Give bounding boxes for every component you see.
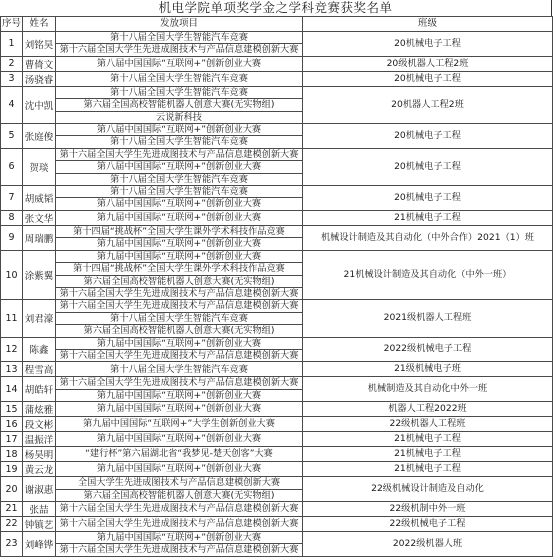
project-cell: 第九届中国国际“互联网+”创新创业大赛 xyxy=(56,389,303,401)
project-cell: 第十六届全国大学生先进成图技术与产品信息建模创新大赛 xyxy=(56,148,303,160)
seq-cell: 12 xyxy=(1,337,23,362)
project-cell: 第十八届全国大学生智能汽车竞赛 xyxy=(56,186,303,198)
table-body: 1刘铭昊第十八届全国大学生智能汽车竞赛20机械电子工程第十六届全国大学生先进成图… xyxy=(1,32,553,520)
project-cell: 第十六届全国大学生先进成图技术与产品信息建模创新大赛 xyxy=(56,377,303,389)
project-cell: 第九届中国国际“互联网+”大学生创新创业大赛 xyxy=(56,417,303,432)
project-cell: 第六届全国高校智能机器人创意大赛(无实物组) xyxy=(56,489,303,501)
seq-cell: 20 xyxy=(1,477,23,502)
class-cell: 20机器人工程2班 xyxy=(303,86,553,123)
seq-cell: 7 xyxy=(1,186,23,211)
table-row: 14胡皓轩第十六届全国大学生先进成图技术与产品信息建模创新大赛机械制造及其自动化… xyxy=(1,377,553,389)
award-table: 序号 姓名 发放项目 班级 1刘铭昊第十八届全国大学生智能汽车竞赛20机械电子工… xyxy=(0,16,553,519)
project-cell: 第八届中国国际“互联网+”创新创业大赛 xyxy=(56,124,303,136)
project-cell: 第十四届“挑战杯”全国大学生课外学术科技作品竞赛 xyxy=(56,263,303,275)
name-cell: 汤骁睿 xyxy=(23,71,56,86)
seq-cell: 4 xyxy=(1,86,23,123)
class-cell: 20级机器人工程2班 xyxy=(303,56,553,71)
project-cell: 第九届中国国际“互联网+”创新创业大赛 xyxy=(56,210,303,225)
project-cell: 第六届全国高校智能机器人创意大赛(无实物组) xyxy=(56,325,303,337)
table-row: 11刘君濠第十六届全国大学生先进成图技术与产品信息建模创新大赛2021级机器人工… xyxy=(1,300,553,312)
class-cell: 21机械电子工程 xyxy=(303,462,553,477)
name-cell: 沈中凯 xyxy=(23,86,56,123)
class-cell: 21机械设计制造及其自动化（中外一班） xyxy=(303,250,553,300)
class-cell: 20机械电子工程 xyxy=(303,148,553,185)
project-cell: 第八届中国国际“互联网+”创新创业大赛 xyxy=(56,56,303,71)
seq-cell: 17 xyxy=(1,432,23,447)
project-cell: 第十六届全国大学生先进成图技术与产品信息建模创新大赛 xyxy=(56,501,303,516)
project-cell: 第八届中国国际“互联网+”创新创业大赛 xyxy=(56,161,303,173)
name-cell: 张文华 xyxy=(23,210,56,225)
class-cell: 21级机械电子班 xyxy=(303,362,553,377)
header-project: 发放项目 xyxy=(56,17,303,32)
project-cell: 第十八届全国大学生智能汽车竞赛 xyxy=(56,136,303,148)
class-cell: 21机械电子工程 xyxy=(303,432,553,447)
seq-cell: 11 xyxy=(1,300,23,337)
header-name: 姓名 xyxy=(23,17,56,32)
class-cell: 20机械电子工程 xyxy=(303,186,553,211)
table-row: 17温振洋第九届中国国际“互联网+”创新创业大赛21机械电子工程 xyxy=(1,432,553,447)
seq-cell: 21 xyxy=(1,501,23,516)
table-row: 4沈中凯第十八届全国大学生智能汽车竞赛20机器人工程2班 xyxy=(1,86,553,98)
name-cell: 温振洋 xyxy=(23,432,56,447)
class-cell: 机械制造及其自动化中外一班 xyxy=(303,377,553,402)
seq-cell: 8 xyxy=(1,210,23,225)
name-cell: 涂紫翼 xyxy=(23,250,56,300)
project-cell: 云说新科技 xyxy=(56,111,303,123)
name-cell: 谢淑惠 xyxy=(23,477,56,502)
seq-cell: 3 xyxy=(1,71,23,86)
seq-cell: 9 xyxy=(1,225,23,250)
class-cell: 20机械电子工程 xyxy=(303,124,553,149)
project-cell: 第九届中国国际“互联网+”创新创业大赛 xyxy=(56,238,303,250)
project-cell: 第九届中国国际“互联网+”创新创业大赛 xyxy=(56,337,303,349)
seq-cell: 16 xyxy=(1,417,23,432)
seq-cell: 6 xyxy=(1,148,23,185)
class-cell: 22级机械设计制造及自动化 xyxy=(303,477,553,502)
table-row: 7胡威韬第十八届全国大学生智能汽车竞赛20机械电子工程 xyxy=(1,186,553,198)
name-cell: 黄云龙 xyxy=(23,462,56,477)
class-cell: 21机械电子工程 xyxy=(303,447,553,462)
project-cell: 第十八届全国大学生智能汽车竞赛 xyxy=(56,362,303,377)
name-cell: 曹倚文 xyxy=(23,56,56,71)
seq-cell: 13 xyxy=(1,362,23,377)
project-cell: 第九届中国国际“互联网+”创新创业大赛 xyxy=(56,432,303,447)
project-cell: 第十八届全国大学生智能汽车竞赛 xyxy=(56,173,303,185)
name-cell: 段文彬 xyxy=(23,417,56,432)
project-cell: 第十八届全国大学生智能汽车竞赛 xyxy=(56,86,303,98)
seq-cell: 18 xyxy=(1,447,23,462)
table-row: 10涂紫翼第九届中国国际“互联网+”创新创业大赛21机械设计制造及其自动化（中外… xyxy=(1,250,553,262)
project-cell: 第八届中国国际“互联网+”创新创业大赛 xyxy=(56,198,303,210)
name-cell: 张庭俊 xyxy=(23,124,56,149)
name-cell: 陈鑫 xyxy=(23,337,56,362)
project-cell: 第十八届全国大学生智能汽车竞赛 xyxy=(56,71,303,86)
class-cell: 21机械电子工程 xyxy=(303,210,553,225)
class-cell: 机器人工程2022班 xyxy=(303,402,553,417)
header-class: 班级 xyxy=(303,17,553,32)
table-row: 18杨昊明“建行杯”第六届湖北省“我梦见-楚天创客”大赛21机械电子工程 xyxy=(1,447,553,462)
class-cell: 20机械电子工程 xyxy=(303,71,553,86)
class-cell: 22级机制中外一班 xyxy=(303,501,553,516)
header-row: 序号 姓名 发放项目 班级 xyxy=(1,17,553,32)
name-cell: 刘君濠 xyxy=(23,300,56,337)
project-cell: 第九届中国国际“互联网+”创新创业大赛 xyxy=(56,462,303,477)
table-row: 12陈鑫第九届中国国际“互联网+”创新创业大赛2022级机械电子工程 xyxy=(1,337,553,349)
project-cell: 第十八届全国大学生智能汽车竞赛 xyxy=(56,32,303,44)
seq-cell: 5 xyxy=(1,124,23,149)
project-cell: 第十六届全国大学生先进成图技术与产品信息建模创新大赛 xyxy=(56,287,303,299)
class-cell: 2021级机器人工程班 xyxy=(303,300,553,337)
table-row: 6贺琰第十六届全国大学生先进成图技术与产品信息建模创新大赛20机械电子工程 xyxy=(1,148,553,160)
table-row: 16段文彬第九届中国国际“互联网+”大学生创新创业大赛22级机器人工程班 xyxy=(1,417,553,432)
table-row: 19黄云龙第九届中国国际“互联网+”创新创业大赛21机械电子工程 xyxy=(1,462,553,477)
project-cell: 全国大学生先进成图技术与产品信息建模创新大赛 xyxy=(56,477,303,489)
project-cell: 第九届中国国际“互联网+”创新创业大赛 xyxy=(56,250,303,262)
sheet-title: 机电学院单项奖学金之学科竞赛获奖名单 xyxy=(0,0,552,16)
table-row: 5张庭俊第八届中国国际“互联网+”创新创业大赛20机械电子工程 xyxy=(1,124,553,136)
seq-cell: 15 xyxy=(1,402,23,417)
name-cell: 胡皓轩 xyxy=(23,377,56,402)
project-cell: 第九届中国国际“互联网+”创新创业大赛 xyxy=(56,402,303,417)
table-row: 3汤骁睿第十八届全国大学生智能汽车竞赛20机械电子工程 xyxy=(1,71,553,86)
seq-cell: 1 xyxy=(1,32,23,57)
table-row: 8张文华第九届中国国际“互联网+”创新创业大赛21机械电子工程 xyxy=(1,210,553,225)
project-cell: 第六届全国高校智能机器人创意大赛(无实物组) xyxy=(56,275,303,287)
class-cell: 机械设计制造及其自动化（中外合作）2021（1）班 xyxy=(303,225,553,250)
name-cell: 张喆 xyxy=(23,501,56,516)
name-cell: 刘铭昊 xyxy=(23,32,56,57)
project-cell: 第十八届全国大学生智能汽车竞赛 xyxy=(56,312,303,324)
name-cell: 周瑞鹏 xyxy=(23,225,56,250)
table-row: 1刘铭昊第十八届全国大学生智能汽车竞赛20机械电子工程 xyxy=(1,32,553,44)
seq-cell: 2 xyxy=(1,56,23,71)
table-row: 20谢淑惠全国大学生先进成图技术与产品信息建模创新大赛22级机械设计制造及自动化 xyxy=(1,477,553,489)
award-sheet: 机电学院单项奖学金之学科竞赛获奖名单 序号 姓名 发放项目 班级 1刘铭昊第十八… xyxy=(0,0,552,519)
project-cell: 第六届全国高校智能机器人创意大赛(无实物组) xyxy=(56,99,303,111)
table-row: 21张喆第十六届全国大学生先进成图技术与产品信息建模创新大赛22级机制中外一班 xyxy=(1,501,553,516)
table-row: 13程雪高第十八届全国大学生智能汽车竞赛21级机械电子班 xyxy=(1,362,553,377)
name-cell: 杨昊明 xyxy=(23,447,56,462)
class-cell: 2022级机械电子工程 xyxy=(303,337,553,362)
project-cell: 第十六届全国大学生先进成图技术与产品信息建模创新大赛 xyxy=(56,44,303,56)
class-cell: 20机械电子工程 xyxy=(303,32,553,57)
seq-cell: 14 xyxy=(1,377,23,402)
class-cell: 22级机器人工程班 xyxy=(303,417,553,432)
table-row: 2曹倚文第八届中国国际“互联网+”创新创业大赛20级机器人工程2班 xyxy=(1,56,553,71)
project-cell: 第十四届“挑战杯”全国大学生课外学术科技作品竞赛 xyxy=(56,225,303,237)
project-cell: “建行杯”第六届湖北省“我梦见-楚天创客”大赛 xyxy=(56,447,303,462)
name-cell: 程雪高 xyxy=(23,362,56,377)
table-row: 9周瑞鹏第十四届“挑战杯”全国大学生课外学术科技作品竞赛机械设计制造及其自动化（… xyxy=(1,225,553,237)
seq-cell: 10 xyxy=(1,250,23,300)
name-cell: 贺琰 xyxy=(23,148,56,185)
project-cell: 第十六届全国大学生先进成图技术与产品信息建模创新大赛 xyxy=(56,349,303,361)
name-cell: 胡威韬 xyxy=(23,186,56,211)
table-row: 15蒲炫雅第九届中国国际“互联网+”创新创业大赛机器人工程2022班 xyxy=(1,402,553,417)
header-seq: 序号 xyxy=(1,17,23,32)
project-cell: 第十六届全国大学生先进成图技术与产品信息建模创新大赛 xyxy=(56,300,303,312)
seq-cell: 19 xyxy=(1,462,23,477)
name-cell: 蒲炫雅 xyxy=(23,402,56,417)
